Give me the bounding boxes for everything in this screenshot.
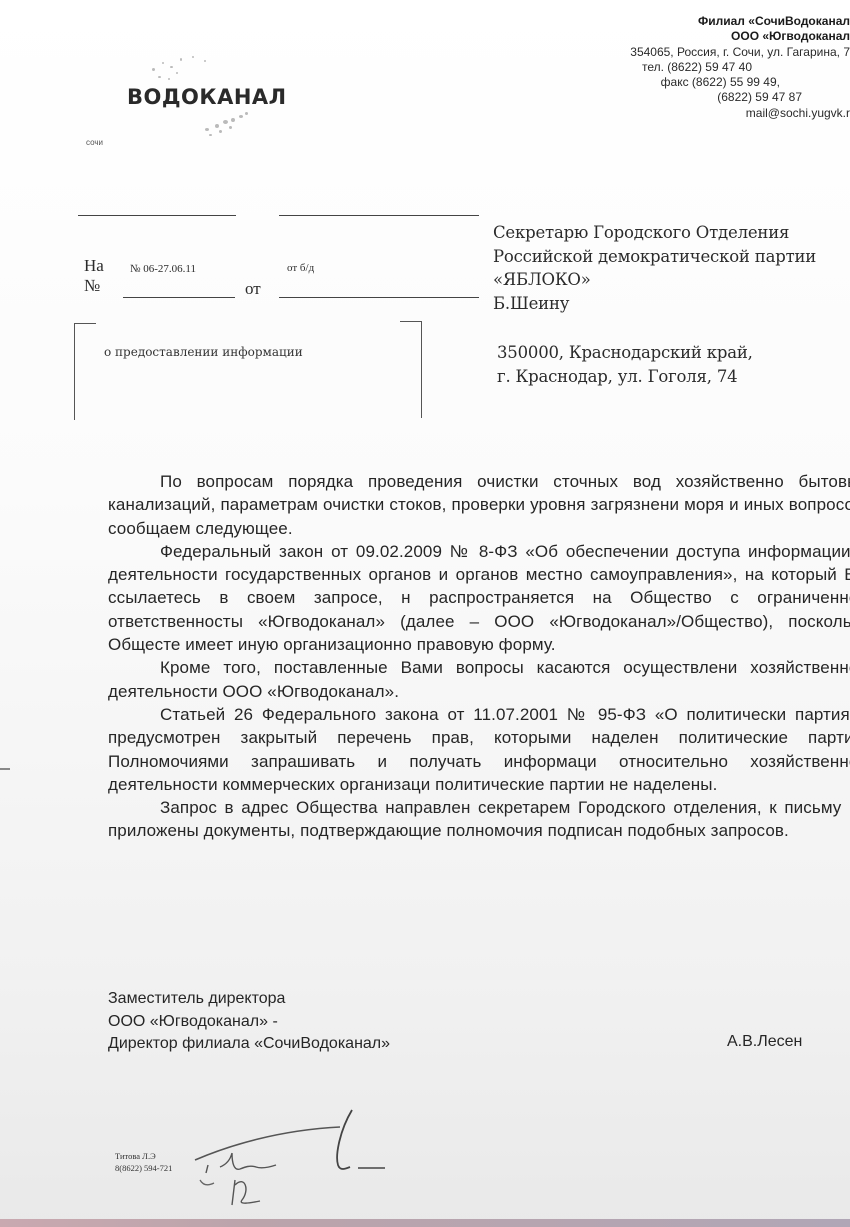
ref-on-label: На bbox=[84, 256, 104, 276]
executor-info: Титова Л.Э 8(8622) 594-721 bbox=[115, 1150, 172, 1174]
scan-mark bbox=[0, 768, 10, 770]
signature-title: Заместитель директора ООО «Югводоканал» … bbox=[108, 988, 390, 1056]
recipient-line: Секретарю Городского Отделения bbox=[493, 221, 816, 245]
letterhead-contacts: Филиал «СочиВодоканал ООО «Югводоканал 3… bbox=[550, 14, 850, 121]
logo-subtext: сочи bbox=[86, 138, 103, 147]
recipient-block: Секретарю Городского Отделения Российско… bbox=[493, 221, 816, 315]
body-paragraph: Федеральный закон от 09.02.2009 № 8-ФЗ «… bbox=[108, 540, 850, 656]
letter-body: По вопросам порядка проведения очистки с… bbox=[108, 470, 850, 843]
org-fax: факс (8622) 55 99 49, bbox=[550, 75, 850, 90]
recipient-address-line: г. Краснодар, ул. Гоголя, 74 bbox=[497, 365, 753, 389]
org-address: 354065, Россия, г. Сочи, ул. Гагарина, 7 bbox=[550, 45, 850, 60]
ref-from-line bbox=[279, 297, 479, 298]
ref-number: № 06-27.06.11 bbox=[130, 263, 196, 275]
ref-no-label: № bbox=[84, 276, 100, 296]
logo-swoosh-icon bbox=[195, 110, 265, 140]
signatory-name: А.В.Лесен bbox=[727, 1033, 802, 1051]
signature-title-line: ООО «Югводоканал» - bbox=[108, 1011, 390, 1034]
recipient-line: «ЯБЛОКО» bbox=[493, 268, 816, 292]
subject-bracket-right-side bbox=[421, 321, 422, 418]
ref-from-value: от б/д bbox=[287, 262, 314, 274]
org-branch: Филиал «СочиВодоканал bbox=[550, 14, 850, 29]
org-fax-2: (6822) 59 47 87 bbox=[550, 90, 850, 105]
scan-bottom-edge bbox=[0, 1219, 850, 1227]
recipient-line: Б.Шеину bbox=[493, 292, 816, 316]
recipient-address: 350000, Краснодарский край, г. Краснодар… bbox=[497, 341, 753, 389]
subject-text: о предоставлении информации bbox=[104, 345, 303, 359]
subject-bracket-left-side bbox=[74, 323, 75, 420]
recipient-address-line: 350000, Краснодарский край, bbox=[497, 341, 753, 365]
logo-drop-icon bbox=[140, 48, 220, 88]
ref-line-top-right bbox=[279, 215, 479, 216]
executor-name: Титова Л.Э bbox=[115, 1150, 172, 1162]
body-paragraph: По вопросам порядка проведения очистки с… bbox=[108, 470, 850, 540]
ref-number-line bbox=[123, 297, 235, 298]
subject-bracket-left-top bbox=[74, 323, 96, 324]
executor-phone: 8(8622) 594-721 bbox=[115, 1162, 172, 1174]
ref-line-top-left bbox=[78, 215, 236, 216]
body-paragraph: Запрос в адрес Общества направлен секрет… bbox=[108, 796, 850, 843]
org-email: mail@sochi.yugvk.r bbox=[550, 106, 850, 121]
body-paragraph: Кроме того, поставленные Вами вопросы ка… bbox=[108, 656, 850, 703]
org-parent: ООО «Югводоканал bbox=[550, 29, 850, 44]
signature-title-line: Заместитель директора bbox=[108, 988, 390, 1011]
handwritten-signature-icon bbox=[190, 1105, 390, 1225]
recipient-line: Российской демократической партии bbox=[493, 245, 816, 269]
subject-bracket-right-top bbox=[400, 321, 422, 322]
ref-from-label: от bbox=[245, 279, 261, 299]
logo-text: ВОДОКАНАЛ bbox=[127, 85, 287, 109]
body-paragraph: Статьей 26 Федерального закона от 11.07.… bbox=[108, 703, 850, 796]
signature-title-line: Директор филиала «СочиВодоканал» bbox=[108, 1033, 390, 1056]
org-phone: тел. (8622) 59 47 40 bbox=[550, 60, 850, 75]
